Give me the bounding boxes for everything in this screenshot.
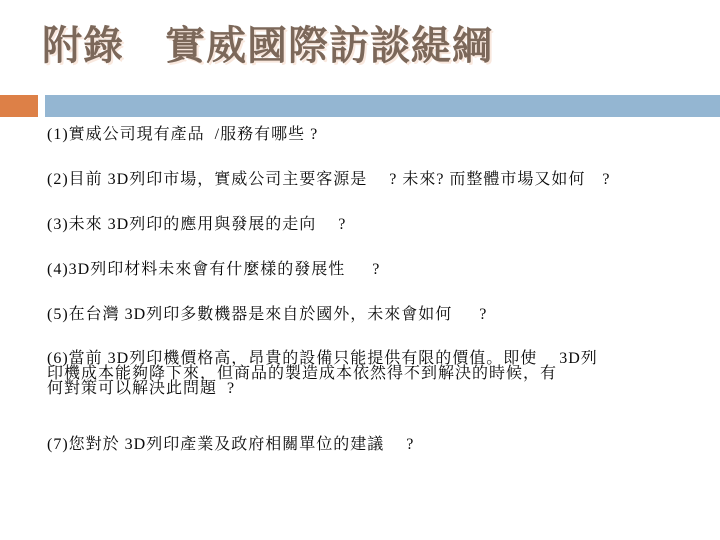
question-item-4: (4)3D列印材料未來會有什麼樣的發展性 ?	[47, 262, 706, 279]
accent-bar	[0, 95, 720, 117]
accent-bar-orange-segment	[0, 95, 38, 117]
question-item-5: (5)在台灣 3D列印多數機器是來自於國外，未來會如何 ?	[47, 307, 706, 324]
accent-bar-blue-segment	[45, 95, 720, 117]
question-item-2: (2)目前 3D列印市場，實威公司主要客源是 ? 未來? 而整體市場又如何 ?	[47, 172, 706, 189]
question-item-6: (6)當前 3D列印機價格高，昂貴的設備只能提供有限的價值。即使 3D列 印機成…	[47, 351, 706, 396]
question-item-1: (1)實威公司現有產品 /服務有哪些 ?	[47, 127, 706, 144]
slide-title: 附錄 實威國際訪談緹綱	[42, 24, 493, 68]
presentation-slide: 附錄 實威國際訪談緹綱 (1)實威公司現有產品 /服務有哪些 ? (2)目前 3…	[0, 0, 720, 540]
question-item-7: (7)您對於 3D列印產業及政府相關單位的建議 ?	[47, 437, 706, 454]
question-item-3: (3)未來 3D列印的應用與發展的走向 ?	[47, 217, 706, 234]
